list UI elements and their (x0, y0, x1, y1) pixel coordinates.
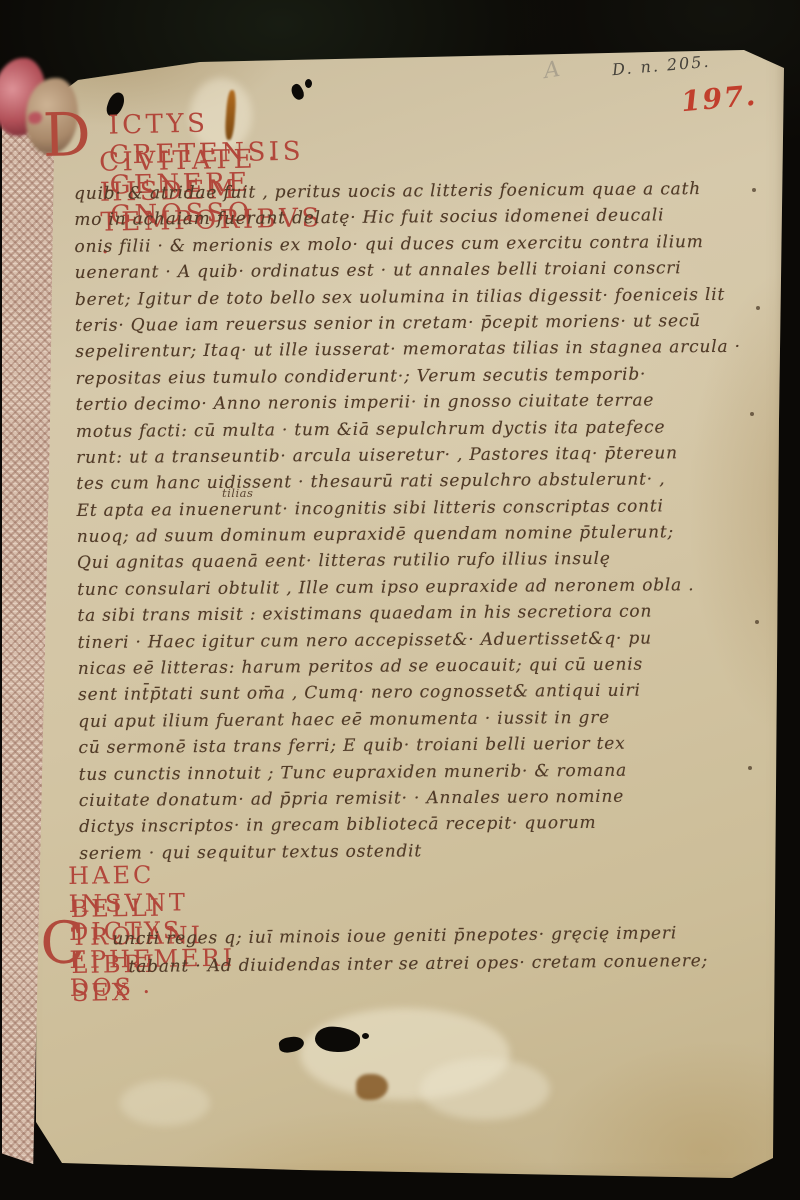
page-number: 197. (680, 79, 759, 119)
decorated-initial-C: C (40, 914, 85, 972)
margin-dot (748, 766, 752, 770)
margin-dot (755, 620, 759, 624)
manuscript-text-line: tineri · Haec igitur cum nero accepisset… (78, 624, 744, 656)
margin-dot (752, 188, 756, 192)
interlinear-gloss: tilias (222, 486, 253, 500)
manuscript-photo: A D. n. 205. 197. D ICTYS CRETENSIS GENE… (0, 0, 800, 1200)
decorated-initial-D: D (42, 105, 91, 166)
ink-mark (305, 79, 312, 88)
body-text-block: quib· & atridae fuit , peritus uocis ac … (74, 176, 745, 867)
margin-dot (756, 306, 760, 310)
parchment-repair-patch (120, 1080, 210, 1126)
ink-blot (362, 1033, 369, 1039)
parchment-repair-patch (420, 1058, 550, 1120)
margin-dot (750, 412, 754, 416)
